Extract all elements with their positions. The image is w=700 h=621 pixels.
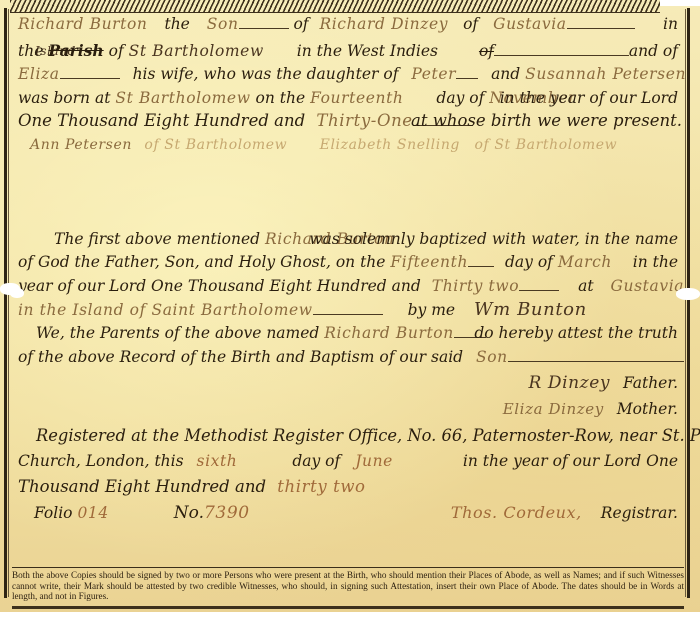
- birth-place: St Bartholomew: [115, 89, 250, 107]
- text: of: [109, 42, 124, 60]
- child-name: Richard Burton: [18, 15, 148, 33]
- mother-signature-line: Eliza Dinzey Mother.: [18, 398, 678, 420]
- blank-line: [508, 349, 684, 362]
- attestation-line-1: We, the Parents of the above named Richa…: [18, 322, 686, 344]
- baptism-line-1: The first above mentioned Richard Burton…: [18, 228, 686, 250]
- text: and of: [629, 40, 678, 62]
- text: at: [578, 277, 593, 295]
- text: of God the Father, Son, and Holy Ghost, …: [18, 253, 385, 271]
- text: The first above mentioned: [54, 230, 260, 248]
- baptism-place-cont: in the Island of Saint Bartholomew: [18, 301, 313, 319]
- text: in: [663, 13, 678, 35]
- decorative-scalloped-border: [10, 0, 660, 13]
- blank-line: [456, 66, 478, 79]
- blank-line: [60, 66, 120, 79]
- father-label: Father.: [623, 374, 678, 392]
- text: day of: [436, 89, 484, 107]
- registration-line-2: Church, London, this sixth day of June i…: [18, 450, 686, 472]
- registration-year: thirty two: [277, 477, 365, 496]
- grandmother-name: Susannah Petersen: [525, 65, 686, 83]
- birth-day: Fourteenth: [310, 89, 403, 107]
- relation: Son: [207, 15, 239, 33]
- struck-word: Parish: [48, 41, 103, 60]
- text: by me: [408, 301, 455, 319]
- paper-tear: [10, 288, 24, 298]
- birth-line-3: Eliza his wife, who was the daughter of …: [18, 63, 686, 85]
- number-value: 7390: [204, 503, 250, 523]
- registration-day: sixth: [197, 452, 238, 470]
- blank-line: [519, 278, 559, 291]
- struck-word: of: [479, 42, 494, 60]
- child-name: Richard Burton: [324, 324, 454, 342]
- text: the: [164, 15, 189, 33]
- text: Thousand Eight Hundred and: [18, 477, 266, 496]
- text: was solemnly baptized with water, in the…: [309, 228, 678, 250]
- birth-line-4: was born at St Bartholomew on the Fourte…: [18, 87, 686, 109]
- relation: Son: [476, 348, 508, 366]
- blank-line: [239, 16, 289, 29]
- blank-line: [468, 254, 494, 267]
- father-name: Richard Dinzey: [319, 15, 448, 33]
- folio-label: Folio: [34, 504, 73, 522]
- text: of: [293, 15, 308, 33]
- text: day of: [292, 452, 340, 470]
- folio-line: Folio 014 No.7390 Thos. Cordeux, Registr…: [18, 502, 686, 524]
- footnote-bottom-rule: [12, 606, 684, 609]
- baptism-month: March: [558, 253, 612, 271]
- number-label: No.: [174, 503, 204, 523]
- registration-line-3: Thousand Eight Hundred and thirty two: [18, 476, 686, 498]
- grandfather-name: Peter: [411, 65, 456, 83]
- registrar-signature: Thos. Cordeux,: [451, 503, 582, 522]
- text: in the year of our Lord: [500, 87, 678, 109]
- text: of: [463, 15, 478, 33]
- registrar-label: Registrar.: [601, 504, 678, 522]
- footnote-text: Both the above Copies should be signed b…: [12, 570, 684, 602]
- text: was born at: [18, 89, 110, 107]
- text: We, the Parents of the above named: [36, 324, 319, 342]
- parish-name: St Bartholomew: [129, 42, 264, 60]
- mother-name: Eliza: [18, 65, 60, 83]
- mother-signature: Eliza Dinzey: [503, 400, 604, 418]
- witness-1-abode: of St Bartholomew: [144, 137, 287, 153]
- baptism-year: Thirty two: [432, 277, 519, 295]
- text: Registered at the Methodist Register Off…: [36, 426, 700, 445]
- text: on the: [256, 89, 306, 107]
- witness-1-name: Ann Petersen: [30, 137, 132, 153]
- baptism-line-3: year of our Lord One Thousand Eight Hund…: [18, 275, 686, 297]
- text: the: [18, 42, 43, 60]
- mother-label: Mother.: [617, 400, 678, 418]
- text: his wife, who was the daughter of: [133, 65, 399, 83]
- text: year of our Lord One Thousand Eight Hund…: [18, 277, 421, 295]
- birth-line-1: Richard Burton the Son of Richard Dinzey…: [18, 13, 686, 35]
- baptism-line-4: in the Island of Saint Bartholomew by me…: [18, 299, 686, 321]
- birth-town: Gustavia: [493, 15, 567, 33]
- birth-line-5: One Thousand Eight Hundred and Thirty-On…: [18, 110, 686, 132]
- father-signature-line: R Dinzey Father.: [18, 372, 678, 394]
- registration-line-1: Registered at the Methodist Register Off…: [18, 425, 686, 447]
- text: Church, London, this: [18, 452, 184, 470]
- paper-torn-bottom: [0, 612, 700, 621]
- blank-line: [567, 16, 635, 29]
- text: in the year of our Lord One: [463, 450, 678, 472]
- left-border-rule: [4, 8, 7, 598]
- blank-line: [313, 302, 383, 315]
- father-signature: R Dinzey: [528, 373, 610, 393]
- text: of the above Record of the Birth and Bap…: [18, 348, 463, 366]
- witness-2-abode: of St Bartholomew: [474, 137, 617, 153]
- text: in the West Indies: [297, 42, 438, 60]
- baptism-day: Fifteenth: [390, 253, 468, 271]
- birth-year: Thirty-One: [316, 111, 412, 130]
- registration-month: June: [355, 452, 393, 470]
- baptism-line-2: of God the Father, Son, and Holy Ghost, …: [18, 251, 686, 273]
- right-border-rule: [687, 8, 690, 598]
- blank-line: [494, 43, 629, 56]
- text: and: [491, 65, 520, 83]
- attestation-line-2: of the above Record of the Birth and Bap…: [18, 346, 686, 368]
- witnesses-line: Ann Petersen of St Bartholomew Elizabeth…: [18, 134, 686, 156]
- folio-value: 014: [77, 504, 108, 522]
- text: at whose birth we were present.: [411, 110, 682, 132]
- footnote-top-rule: [12, 567, 684, 568]
- baptism-place: Gustavia: [611, 277, 685, 295]
- text: One Thousand Eight Hundred and: [18, 111, 305, 130]
- text: in the: [633, 251, 678, 273]
- text: day of: [505, 253, 553, 271]
- minister-signature: Wm Bunton: [474, 299, 587, 320]
- text: do hereby attest the truth: [474, 322, 678, 344]
- birth-line-2: the Parish of St Bartholomew in the West…: [18, 40, 686, 62]
- witness-2-name: Elizabeth Snelling: [320, 137, 460, 153]
- paper-torn-top: [660, 0, 700, 6]
- paper-tear: [676, 288, 700, 300]
